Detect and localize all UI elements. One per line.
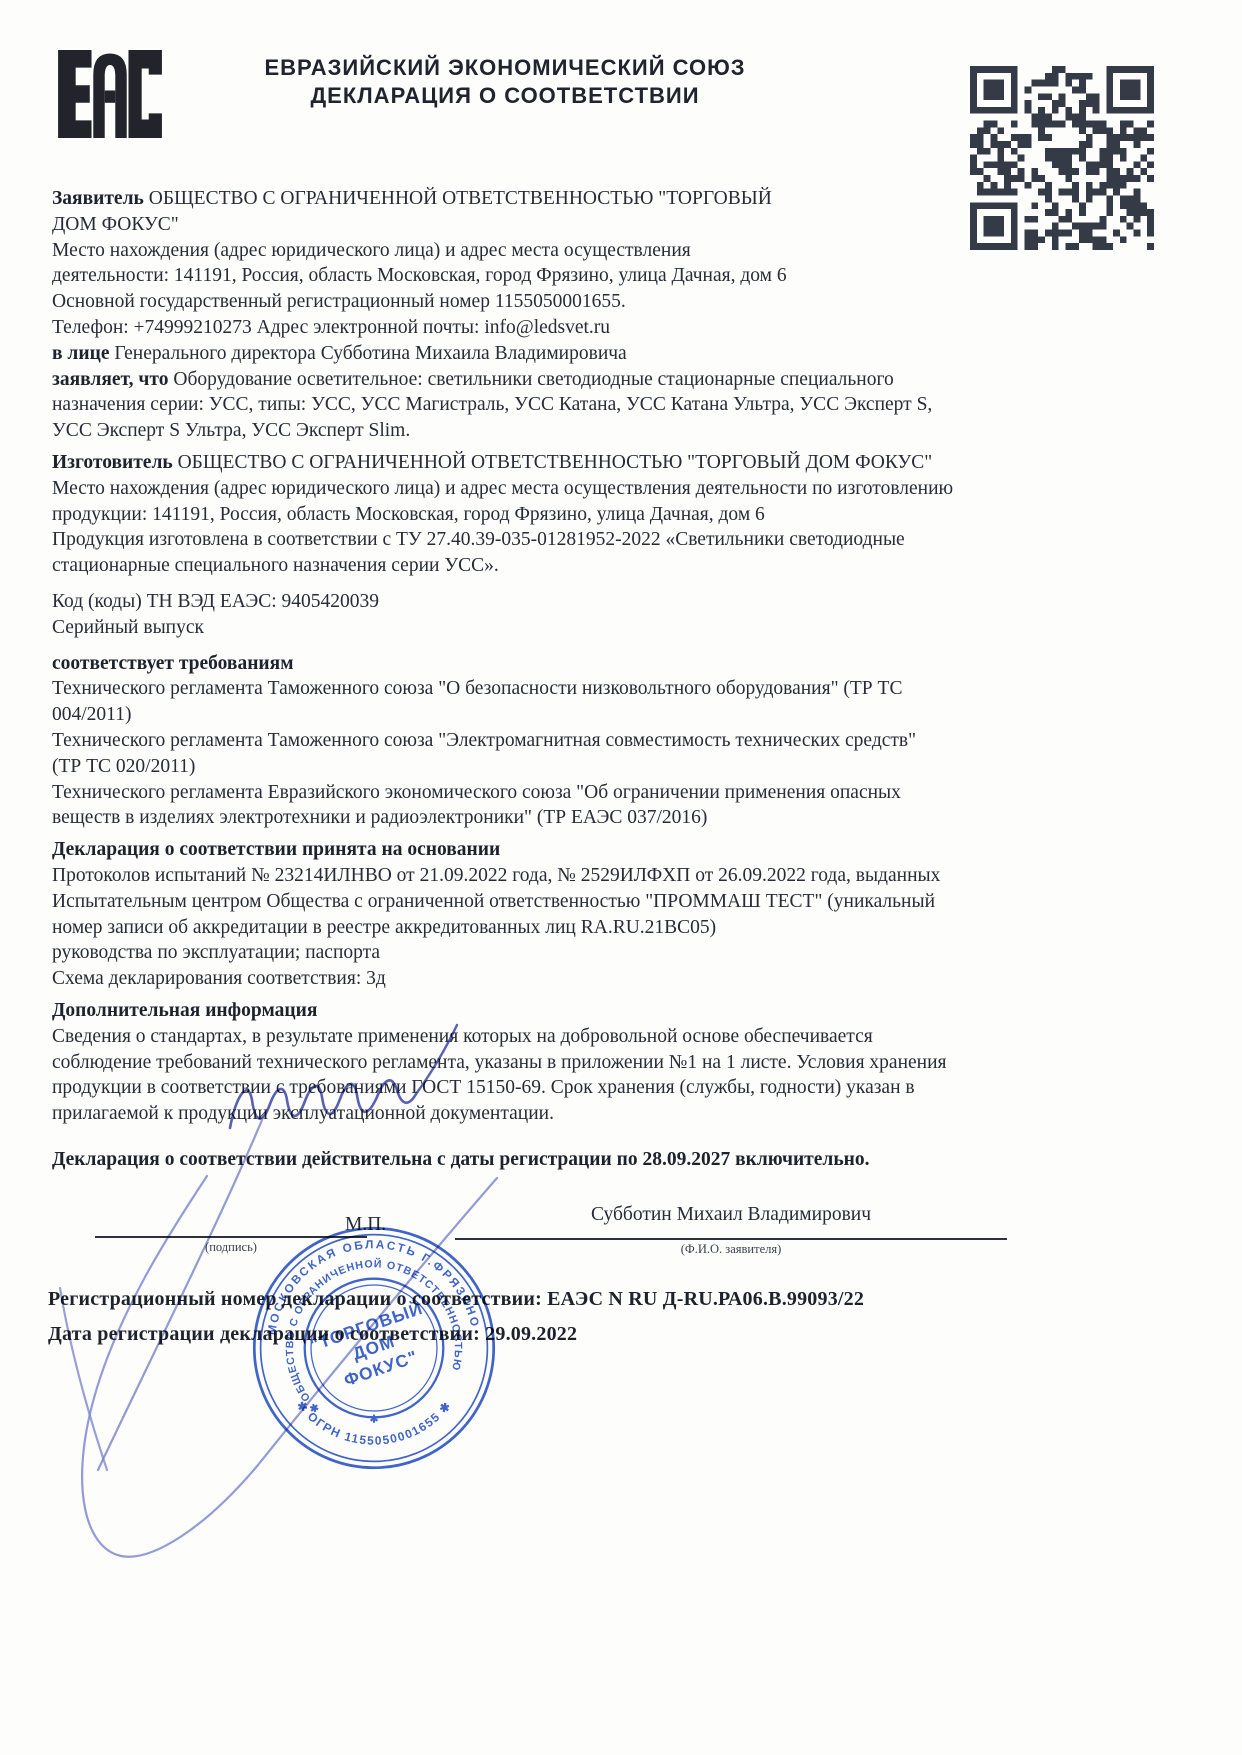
paragraph: Изготовитель ОБЩЕСТВО С ОГРАНИЧЕННОЙ ОТВ… [52,450,1190,476]
eac-logo [58,50,162,138]
paragraph: Декларация о соответствии принята на осн… [52,837,1190,863]
applicant-name: Субботин Михаил Владимирович [455,1204,1007,1226]
paragraph: Код (коды) ТН ВЭД ЕАЭС: 9405420039 [52,589,1190,615]
paragraph: Схема декларирования соответствия: 3д [52,966,1190,992]
signature-block: М.П. (подпись) Субботин Михаил Владимиро… [0,1200,1242,1290]
paragraph: Продукция изготовлена в соответствии с Т… [52,527,1190,579]
paragraph: Заявитель ОБЩЕСТВО С ОГРАНИЧЕННОЙ ОТВЕТС… [52,186,1190,238]
paragraph: в лице Генерального директора Субботина … [52,341,1190,367]
eac-letter-e [58,50,91,138]
declaration-body: Заявитель ОБЩЕСТВО С ОГРАНИЧЕННОЙ ОТВЕТС… [52,186,1190,1173]
paragraph: Дополнительная информация [52,998,1190,1024]
paragraph: Телефон: +74999210273 Адрес электронной … [52,315,1190,341]
stamp-star: ✱ [370,1414,379,1426]
signature-sweep-2 [60,1288,107,1470]
paragraph: Технического регламента Таможенного союз… [52,676,1190,728]
declaration-page: ЕВРАЗИЙСКИЙ ЭКОНОМИЧЕСКИЙ СОЮЗ ДЕКЛАРАЦИ… [0,0,1242,1755]
title-line2: ДЕКЛАРАЦИЯ О СООТВЕТСТВИИ [240,82,770,110]
paragraph: Место нахождения (адрес юридического лиц… [52,238,1190,290]
applicant-name-line [455,1238,1007,1240]
paragraph: заявляет, что Оборудование осветительное… [52,367,1190,444]
document-title: ЕВРАЗИЙСКИЙ ЭКОНОМИЧЕСКИЙ СОЮЗ ДЕКЛАРАЦИ… [240,54,770,109]
paragraph: Сведения о стандартах, в результате прим… [52,1024,1190,1127]
paragraph: Место нахождения (адрес юридического лиц… [52,476,1190,528]
company-stamp: МОСКОВСКАЯ ОБЛАСТЬ Г.ФРЯЗИНО ✱ ОГРН 1155… [248,1222,500,1474]
paragraph: Протоколов испытаний № 23214ИЛНВО от 21.… [52,863,1190,940]
applicant-name-caption: (Ф.И.О. заявителя) [455,1242,1007,1257]
eac-letter-c [128,50,161,138]
title-line1: ЕВРАЗИЙСКИЙ ЭКОНОМИЧЕСКИЙ СОЮЗ [240,54,770,82]
paragraph: Основной государственный регистрационный… [52,289,1190,315]
paragraph: соответствует требованиям [52,651,1190,677]
paragraph: руководства по эксплуатации; паспорта [52,940,1190,966]
paragraph: Технического регламента Евразийского эко… [52,780,1190,832]
paragraph: Технического регламента Таможенного союз… [52,728,1190,780]
eac-letter-a-bar [105,90,116,102]
paragraph: Серийный выпуск [52,615,1190,641]
paragraph: Декларация о соответствии действительна … [52,1147,1190,1173]
